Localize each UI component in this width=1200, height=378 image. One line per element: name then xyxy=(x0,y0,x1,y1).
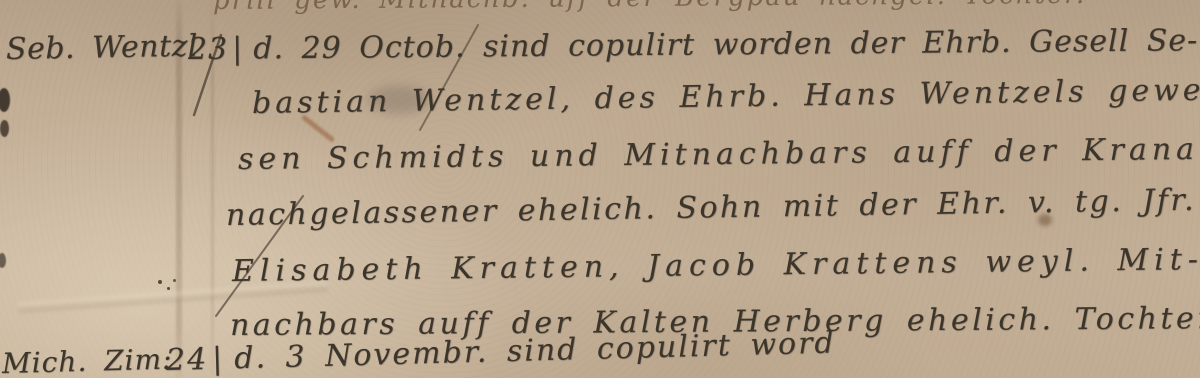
margin-name-next-groom: Mich. Zim: xyxy=(2,343,173,378)
entry-number-separator: | xyxy=(212,341,225,376)
manuscript-page: prill gew. Mitnachb. uff der Bergpau nac… xyxy=(0,0,1200,378)
entry-number: 24 xyxy=(166,342,209,378)
entry-number-separator: | xyxy=(232,32,243,67)
margin-name-groom: Seb. Wentzl xyxy=(6,29,199,67)
entry-number: 23 xyxy=(188,32,228,67)
